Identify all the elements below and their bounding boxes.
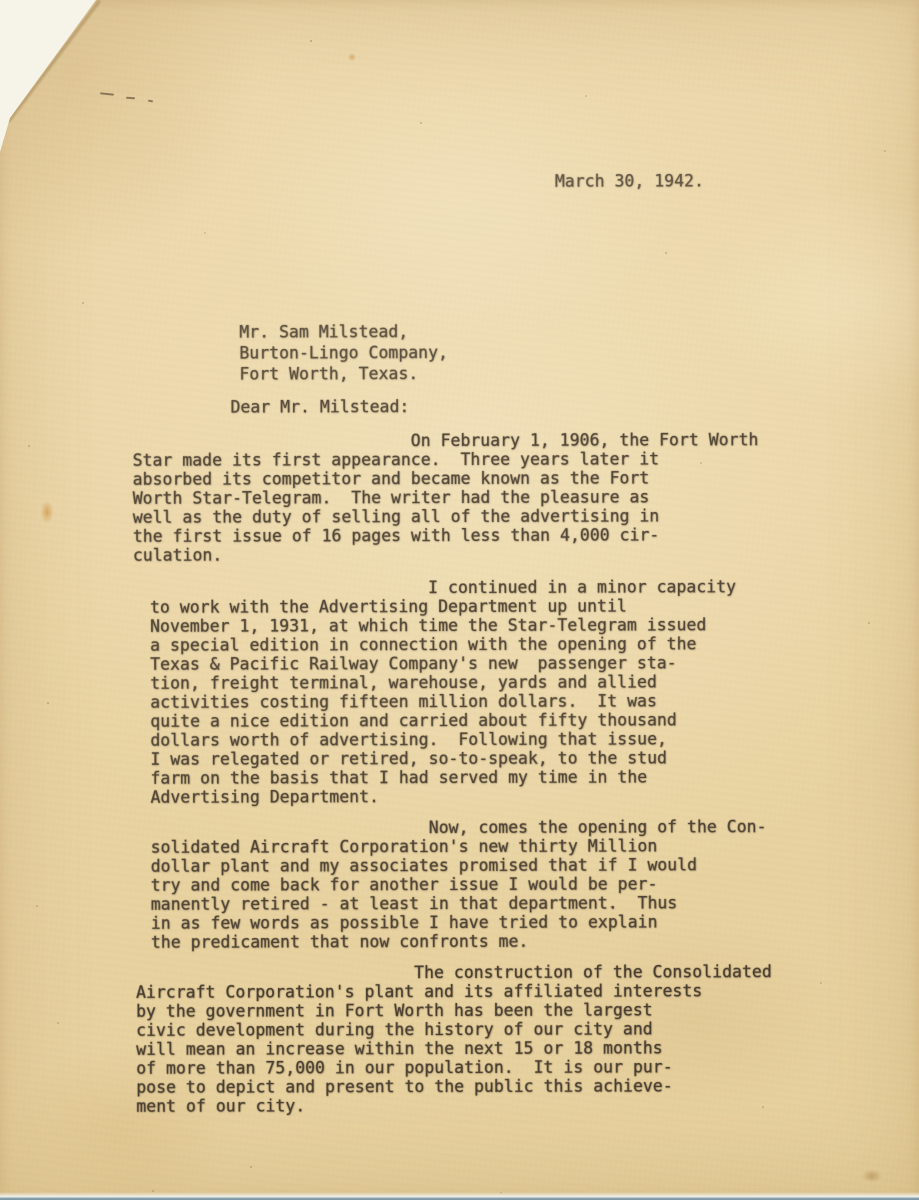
scan-bottom-edge (0, 1192, 919, 1200)
letter-text: March 30, 1942. Mr. Sam Milstead, Burton… (0, 0, 919, 1200)
paragraph-2: I continued in a minor capacity to work … (150, 577, 737, 807)
recipient-address: Mr. Sam Milstead, Burton-Lingo Company, … (239, 321, 448, 385)
salutation: Dear Mr. Milstead: (230, 397, 409, 416)
paragraph-3: Now, comes the opening of the Con- solid… (151, 817, 767, 952)
letter-paper: March 30, 1942. Mr. Sam Milstead, Burton… (0, 0, 919, 1200)
letter-date: March 30, 1942. (555, 171, 704, 190)
scanned-letter: March 30, 1942. Mr. Sam Milstead, Burton… (0, 0, 919, 1200)
paragraph-1: On February 1, 1906, the Fort Worth Star… (133, 430, 759, 565)
paragraph-4: The construction of the Consolidated Air… (136, 962, 772, 1116)
paper-speckles (0, 0, 2, 2)
